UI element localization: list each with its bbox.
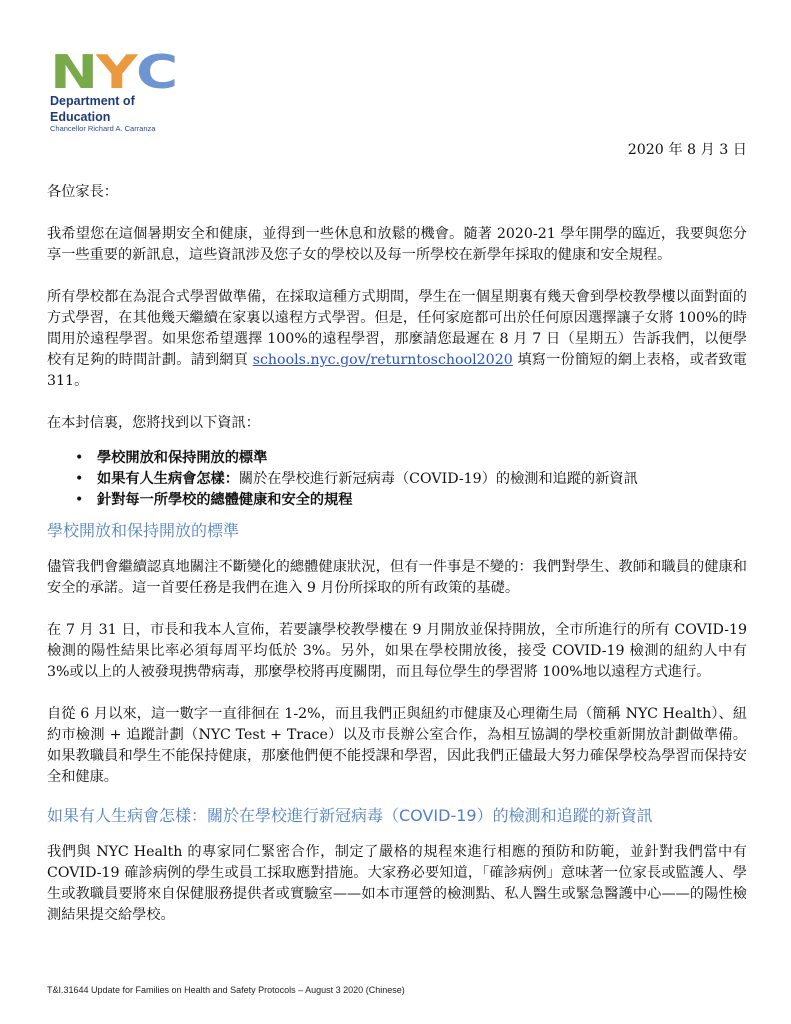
logo-letter-n: N: [50, 52, 96, 92]
list-intro: 在本封信裏，您將找到以下資訊：: [47, 413, 747, 434]
paragraph-partnership: 自從 6 月以來，這一數字一直徘徊在 1-2%，而且我們正與紐約市健康及心理衛生…: [47, 704, 747, 788]
section-heading-testing: 如果有人生病會怎樣：關於在學校進行新冠病毒（COVID-19）的檢測和追蹤的新資…: [47, 804, 747, 828]
dept-name-line2: Education: [50, 111, 210, 124]
letter-body: 2020 年 8 月 3 日 各位家長： 我希望您在這個暑期安全和健康，並得到一…: [47, 140, 747, 926]
salutation: 各位家長：: [47, 182, 747, 203]
nyc-wordmark: N Y C: [50, 52, 210, 92]
paragraph-threshold: 在 7 月 31 日，市長和我本人宣佈，若要讓學校教學樓在 9 月開放並保持開放…: [47, 620, 747, 683]
list-item: 針對每一所學校的總體健康和安全的規程: [97, 490, 747, 511]
document-footer: T&I.31644 Update for Families on Health …: [47, 985, 405, 995]
paragraph-intro: 我希望您在這個暑期安全和健康，並得到一些休息和放鬆的機會。隨著 2020-21 …: [47, 224, 747, 266]
paragraph-confirmed-case: 我們與 NYC Health 的專家同仁緊密合作，制定了嚴格的規程來進行相應的預…: [47, 842, 747, 926]
paragraph-commitment: 儘管我們會繼續認真地關注不斷變化的總體健康狀況，但有一件事是不變的：我們對學生、…: [47, 557, 747, 599]
nyc-doe-logo: N Y C Department of Education Chancellor…: [50, 52, 210, 134]
return-to-school-link[interactable]: schools.nyc.gov/returntoschool2020: [253, 352, 513, 368]
logo-letter-y: Y: [96, 52, 135, 92]
paragraph-remote-learning: 所有學校都在為混合式學習做準備，在採取這種方式期間，學生在一個星期裏有幾天會到學…: [47, 287, 747, 392]
section-heading-reopening: 學校開放和保持開放的標準: [47, 519, 747, 543]
list-item: 學校開放和保持開放的標準: [97, 448, 747, 469]
list-item: 如果有人生病會怎樣：關於在學校進行新冠病毒（COVID-19）的檢測和追蹤的新資…: [97, 469, 747, 490]
letter-date: 2020 年 8 月 3 日: [47, 140, 747, 161]
logo-letter-c: C: [136, 52, 176, 92]
topics-list: 學校開放和保持開放的標準 如果有人生病會怎樣：關於在學校進行新冠病毒（COVID…: [47, 448, 747, 511]
chancellor-name: Chancellor Richard A. Carranza: [50, 124, 210, 134]
